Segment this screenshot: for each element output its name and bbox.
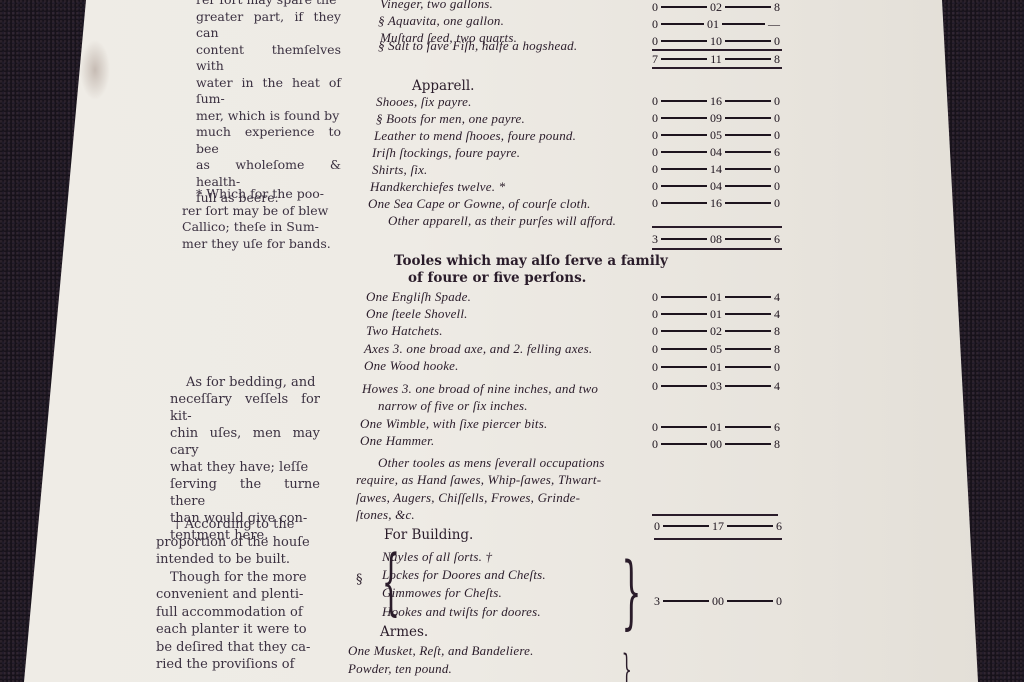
amount-wimble: 0016 bbox=[652, 420, 780, 434]
item-other-tooles-3: ſawes, Augers, Chiſſells, Frowes, Grinde… bbox=[356, 490, 580, 506]
item-salt-visible: § Salt to ſave Fiſh, halfe a hogshead. bbox=[378, 38, 577, 54]
margin-note-water: rer fort may spare the greater part, if … bbox=[196, 0, 341, 207]
amount-shooes: 0160 bbox=[652, 94, 780, 108]
total-rule bbox=[652, 226, 782, 228]
right-brace-armes: } bbox=[622, 650, 632, 682]
item-lockes: Lockes for Doores and Cheſts. bbox=[382, 567, 546, 583]
item-steele-shovell: One ſteele Shovell. bbox=[366, 306, 468, 322]
amount-mustard-seed: 0100 bbox=[652, 34, 780, 48]
item-gimmowes: Gimmowes for Cheſts. bbox=[382, 585, 502, 601]
amount-vineger: 0028 bbox=[652, 0, 780, 14]
margin-note-house: † According to the proportion of the hou… bbox=[156, 516, 312, 674]
amount-irish-stockings: 0046 bbox=[652, 145, 780, 159]
item-handkerchiefes: Handkerchiefes twelve. * bbox=[370, 179, 505, 195]
item-hookes: Hookes and twiſts for doores. bbox=[382, 604, 541, 620]
amount-sea-cape: 0160 bbox=[652, 196, 780, 210]
item-aquavita: § Aquavita, one gallon. bbox=[378, 13, 504, 29]
item-leather: Leather to mend ſhooes, foure pound. bbox=[374, 128, 576, 144]
total-rule bbox=[652, 248, 782, 250]
item-wood-hooke: One Wood hooke. bbox=[364, 358, 459, 374]
item-other-tooles: Other tooles as mens ſeverall occupation… bbox=[378, 455, 605, 471]
amount-hammer: 0008 bbox=[652, 437, 780, 451]
item-shooes: Shooes, ſix payre. bbox=[376, 94, 472, 110]
subtotal-rule bbox=[652, 67, 782, 69]
amount-english-spade: 0014 bbox=[652, 290, 780, 304]
amount-howes: 0034 bbox=[652, 379, 780, 393]
item-shirts: Shirts, ſix. bbox=[372, 162, 428, 178]
item-other-tooles-4: ſtones, &c. bbox=[356, 507, 415, 523]
margin-note-handkerchiefs: * Which for the poo- rer ſort may be of … bbox=[182, 186, 332, 252]
item-english-spade: One Engliſh Spade. bbox=[366, 289, 471, 305]
item-irish-stockings: Iriſh ſtockings, foure payre. bbox=[372, 145, 520, 161]
section-heading-apparell: Apparell. bbox=[412, 78, 474, 94]
right-brace: } bbox=[621, 552, 641, 632]
item-wimble: One Wimble, with ſixe piercer bits. bbox=[360, 416, 547, 432]
item-hammer: One Hammer. bbox=[360, 433, 434, 449]
section-heading-tooles: Tooles which may alſo ſerve a family bbox=[394, 253, 668, 269]
item-other-apparell: Other apparell, as their purſes will aff… bbox=[388, 213, 616, 229]
amount-axes: 0058 bbox=[652, 342, 780, 356]
amount-building: 3000 bbox=[654, 594, 782, 608]
amount-boots: 0090 bbox=[652, 111, 780, 125]
item-hatchets: Two Hatchets. bbox=[366, 323, 443, 339]
item-musket: One Musket, Reſt, and Bandeliere. bbox=[348, 643, 534, 659]
section-heading-armes: Armes. bbox=[380, 624, 428, 640]
item-axes: Axes 3. one broad axe, and 2. felling ax… bbox=[364, 341, 592, 357]
section-mark: § bbox=[356, 572, 363, 587]
item-boots: § Boots for men, one payre. bbox=[376, 111, 525, 127]
total-rule bbox=[654, 538, 782, 540]
item-howes: Howes 3. one broad of nine inches, and t… bbox=[362, 381, 598, 397]
page-crease-shadow bbox=[80, 40, 110, 100]
item-howes-cont: narrow of five or ſix inches. bbox=[378, 398, 528, 414]
amount-tooles-total: 0176 bbox=[654, 519, 782, 533]
section-heading-tooles-line2: of foure or five perſons. bbox=[408, 270, 586, 286]
amount-leather: 0050 bbox=[652, 128, 780, 142]
amount-salt: 7118 bbox=[652, 52, 780, 66]
item-vineger: Vineger, two gallons. bbox=[380, 0, 493, 12]
total-rule bbox=[652, 514, 778, 516]
item-nayles: Nayles of all ſorts. † bbox=[382, 549, 492, 565]
amount-apparell-total: 3086 bbox=[652, 232, 780, 246]
amount-shirts: 0140 bbox=[652, 162, 780, 176]
amount-aquavita: 001— bbox=[652, 17, 780, 31]
amount-wood-hooke: 0010 bbox=[652, 360, 780, 374]
item-powder: Powder, ten pound. bbox=[348, 661, 452, 677]
subtotal-rule bbox=[652, 49, 782, 51]
item-sea-cape: One Sea Cape or Gowne, of courſe cloth. bbox=[368, 196, 591, 212]
amount-hatchets: 0028 bbox=[652, 324, 780, 338]
amount-steele-shovell: 0014 bbox=[652, 307, 780, 321]
item-other-tooles-2: require, as Hand ſawes, Whip-ſawes, Thwa… bbox=[356, 472, 601, 488]
amount-handkerchiefes: 0040 bbox=[652, 179, 780, 193]
